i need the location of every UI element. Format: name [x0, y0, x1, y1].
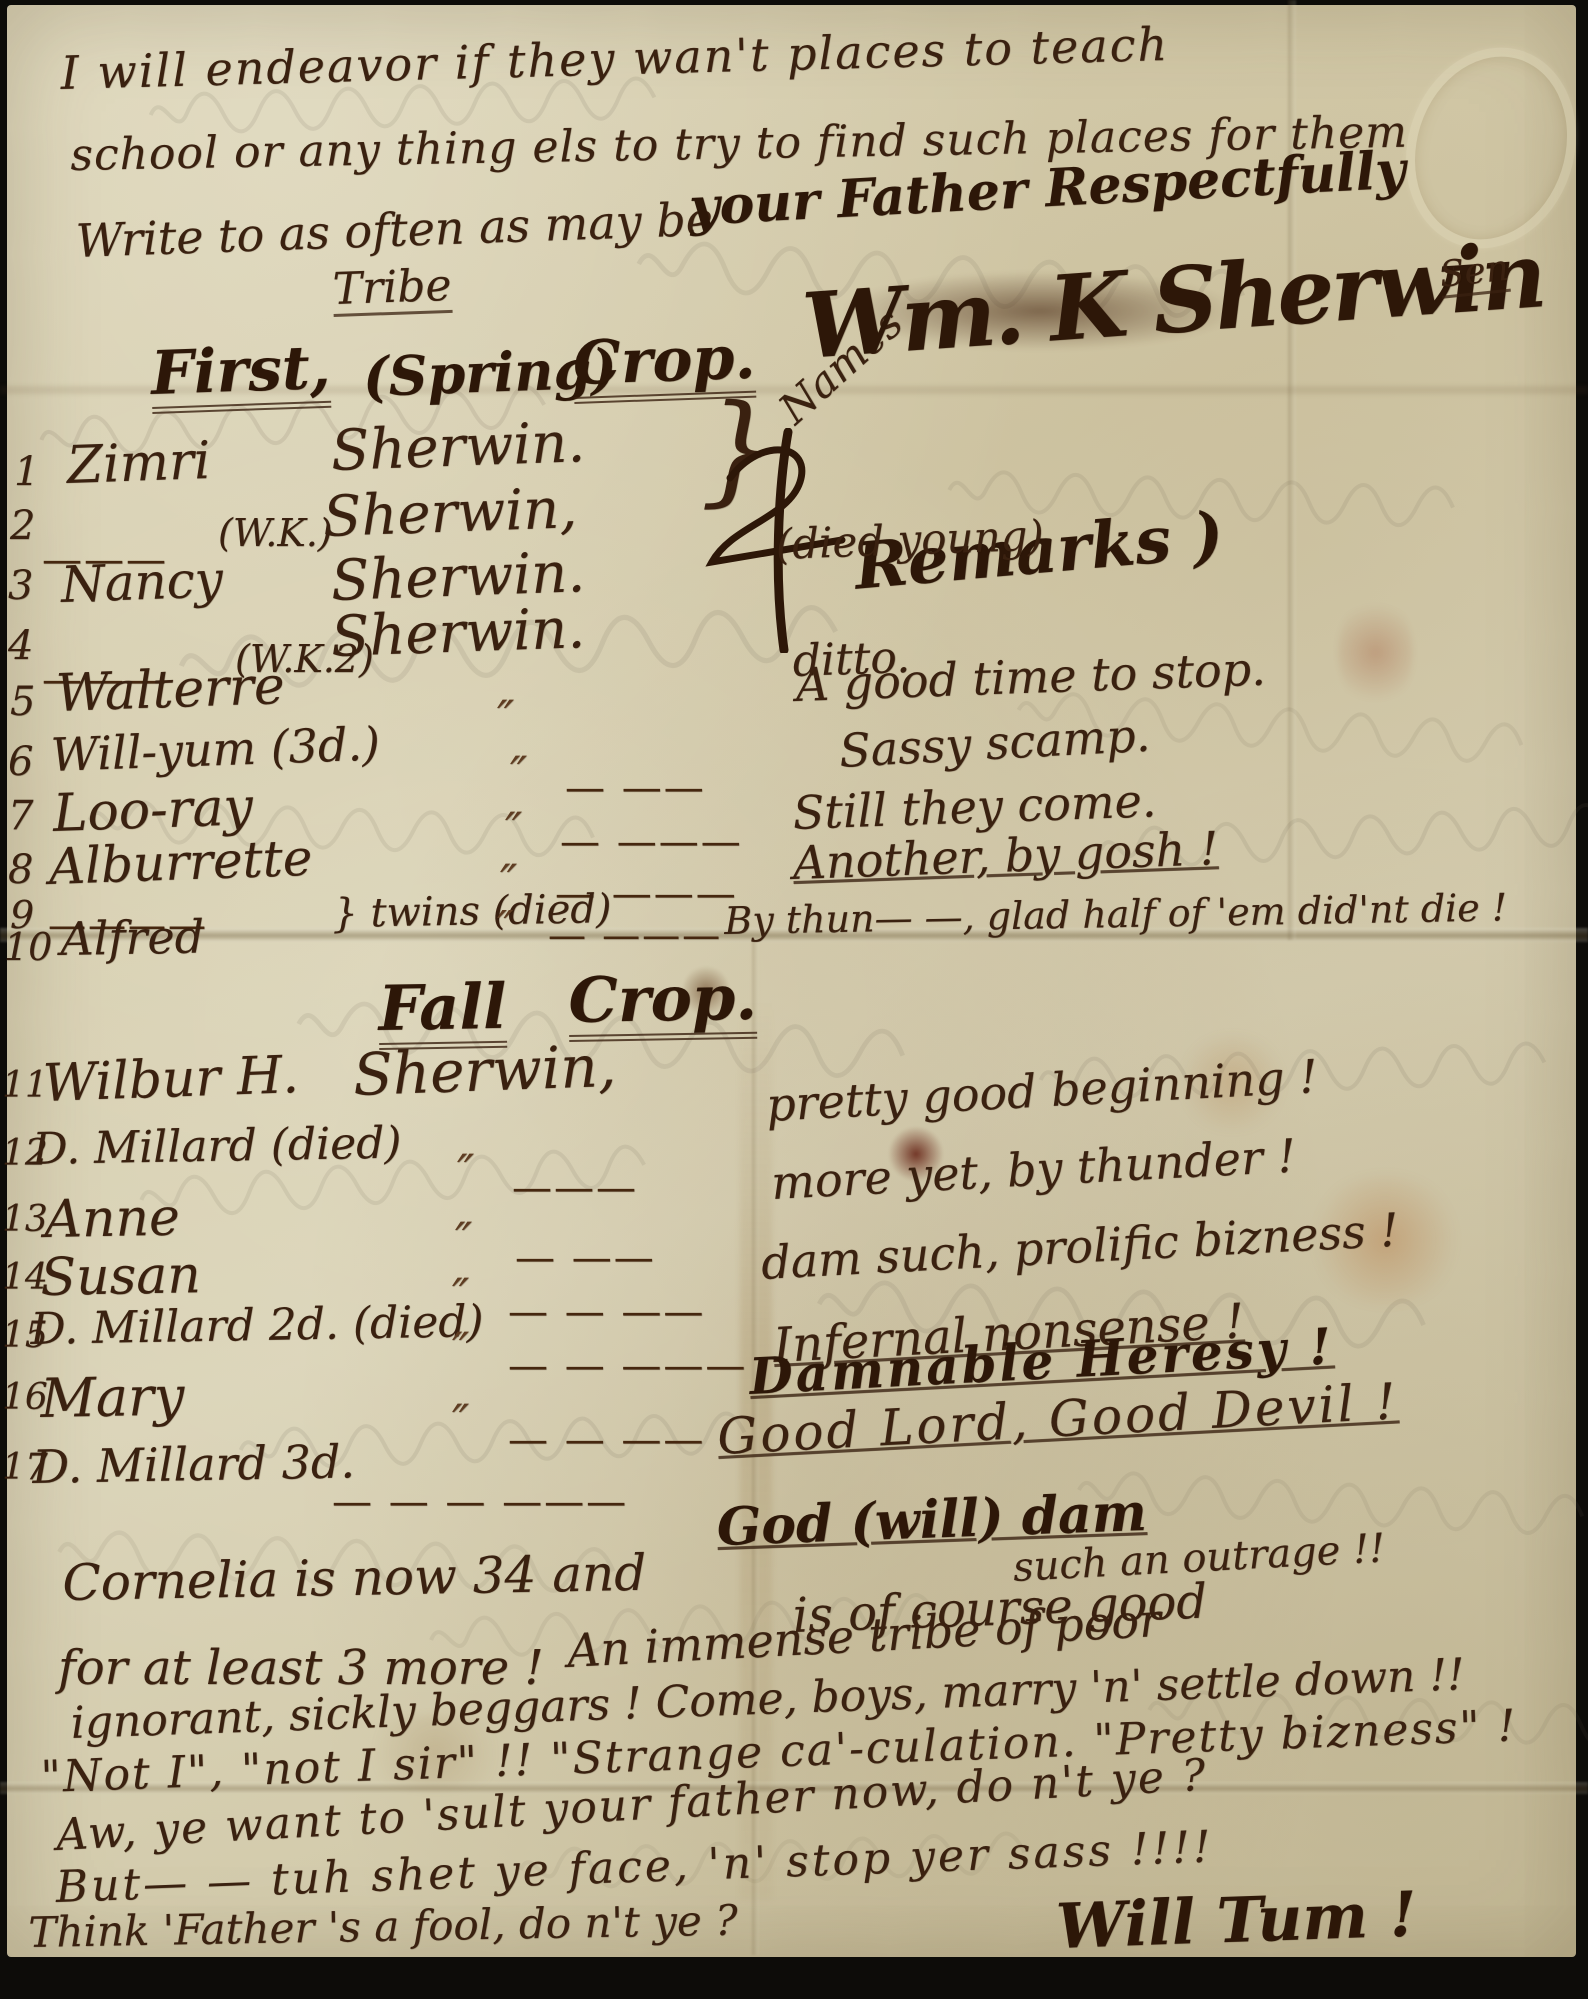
row-number: 1	[14, 452, 39, 492]
ditto-mark: ″	[452, 1326, 469, 1372]
child-name: Anne	[44, 1192, 180, 1246]
dash-fill: ———	[512, 1168, 638, 1208]
row-number: 8	[8, 850, 33, 890]
father-suffix: Sen	[1438, 251, 1511, 299]
bottom-line-1a: Cornelia is now 34 and	[62, 1548, 647, 1608]
child-name: Alfred	[60, 913, 204, 961]
ditto-mark: ″	[452, 1398, 469, 1444]
remark: Another, by gosh !	[792, 825, 1219, 886]
ditto-mark: ″	[497, 906, 513, 950]
child-name: D. Millard (died)	[32, 1122, 402, 1172]
tribe-heading: Tribe	[332, 264, 452, 317]
ditto-mark: ″	[455, 1216, 472, 1262]
dash-fill: — ———	[548, 916, 722, 954]
fall-heading-crop: Crop.	[568, 967, 758, 1042]
child-name: Wilbur H.	[42, 1049, 300, 1110]
row-number: 2	[10, 506, 35, 546]
signature-line: Will Tum !	[1055, 1883, 1418, 1958]
child-name: Alburrette	[48, 833, 313, 892]
child-name: Mary	[40, 1369, 185, 1426]
row-number: 11	[2, 1068, 48, 1104]
spring-heading-first: First,	[150, 338, 332, 414]
ditto-mark: ″	[510, 750, 527, 796]
dash-fill: — ———	[560, 822, 743, 862]
ditto-mark: ″	[457, 1148, 474, 1194]
died-young-note: (died young)	[775, 515, 1044, 566]
child-name: Walterre	[55, 660, 285, 720]
row-number: 5	[10, 682, 35, 722]
dash-fill: — — ——	[508, 1420, 705, 1460]
letter-photo: I will endeavor if they wan't places to …	[0, 0, 1588, 1999]
child-name: Zimri	[66, 435, 211, 492]
row-number: 13	[2, 1202, 48, 1238]
dash-fill: — — ——	[508, 1292, 705, 1332]
child-name: D. Millard 2d. (died)	[30, 1300, 484, 1352]
child-name: Will-yum (3d.)	[50, 721, 381, 778]
surname: Sherwin,	[352, 1037, 617, 1104]
dash-fill: — ——	[565, 768, 706, 808]
surname: Sherwin.	[330, 415, 586, 480]
child-name: D. Millard 3d.	[32, 1438, 355, 1490]
row-number: 10	[4, 928, 52, 966]
child-name: Susan	[40, 1249, 201, 1304]
row-number: 3	[8, 566, 33, 606]
row-number: 4	[8, 626, 33, 666]
row-number: 6	[8, 742, 33, 782]
bottom-line-7: Think 'Father 's a fool, do n't ye ?	[28, 1900, 738, 1954]
dash-fill: — — — ———	[332, 1482, 628, 1522]
surname: Sherwin,	[322, 481, 578, 546]
dash-fill: — — ———	[508, 1346, 747, 1386]
wk-initials: (W.K.)	[218, 514, 333, 552]
surname: Sherwin.	[330, 601, 586, 666]
row-number: 7	[8, 796, 33, 836]
ditto-mark: ″	[505, 806, 522, 852]
child-name: Nancy	[60, 554, 224, 610]
dash-fill: — ——	[515, 1238, 656, 1278]
ditto-mark: ″	[497, 694, 514, 740]
